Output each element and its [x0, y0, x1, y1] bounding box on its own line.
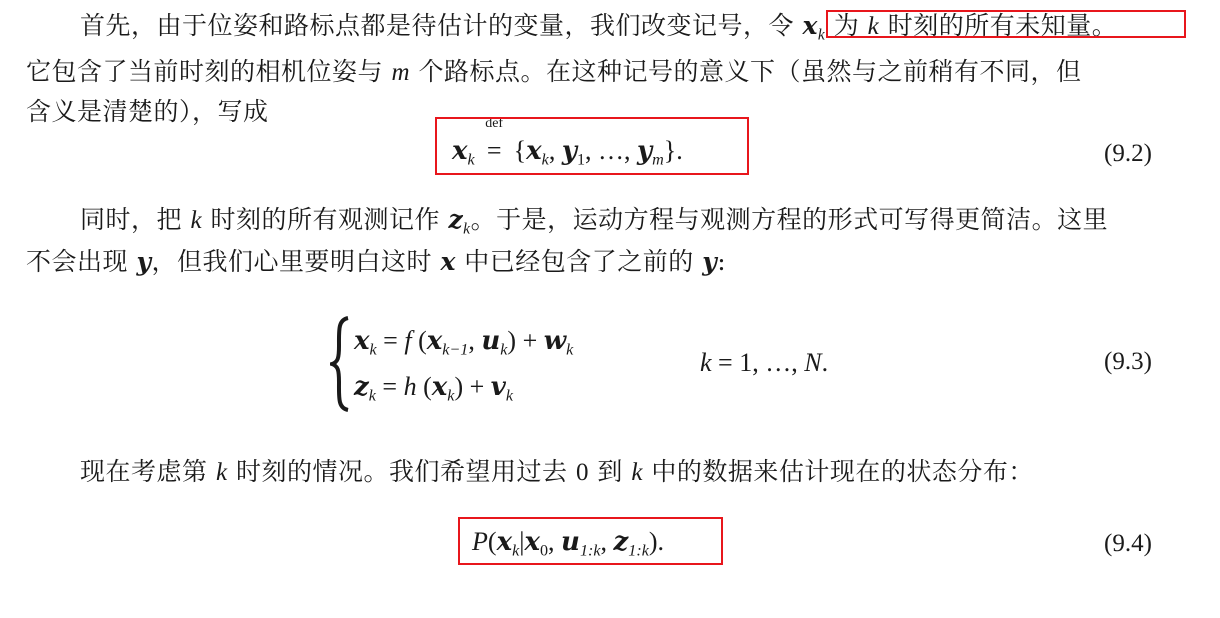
equation-number-9-3: (9.3)	[1104, 348, 1152, 376]
text-span: 时刻的情况。我们希望用过去	[228, 457, 576, 486]
text-span: :	[717, 247, 726, 276]
text-span: ，但我们心里要明白这时	[151, 247, 440, 276]
math-var: k	[190, 207, 202, 234]
math-var: x	[427, 326, 443, 356]
paragraph-1-line-2: 它包含了当前时刻的相机位姿与 m 个路标点。在这种记号的意义下（虽然与之前稍有不…	[26, 52, 1081, 88]
left-brace-icon	[330, 316, 352, 412]
math-var: u	[481, 326, 500, 356]
math-var: v	[491, 372, 506, 402]
paren-close: )	[507, 326, 516, 355]
math-var: k	[700, 348, 712, 377]
comma: ,	[468, 326, 481, 355]
paragraph-3-line-1: 现在考虑第 k 时刻的情况。我们希望用过去 0 到 k 中的数据来估计现在的状态…	[80, 452, 1034, 488]
paragraph-2-line-1: 同时，把 k 时刻的所有观测记作 zk。于是，运动方程与观测方程的形式可写得更简…	[80, 200, 1108, 236]
text-span: 首先，由于位姿和路标点都是待估计的变量，我们改变记号，令	[80, 11, 802, 40]
math-func: h	[404, 372, 417, 401]
math-var: x	[354, 326, 370, 356]
math-sub: k	[369, 388, 376, 405]
equals-sign: =	[376, 372, 404, 401]
equals-sign: =	[377, 326, 405, 355]
math-func: f	[404, 326, 411, 355]
highlight-box-unknowns	[826, 10, 1186, 38]
equation-number-9-2: (9.2)	[1104, 140, 1152, 168]
math-var: x	[432, 372, 448, 402]
plus-sign: +	[463, 372, 491, 401]
math-sub: k	[566, 342, 573, 359]
text-span: 中的数据来估计现在的状态分布：	[643, 457, 1034, 486]
equation-number-9-4: (9.4)	[1104, 530, 1152, 558]
plus-sign: +	[516, 326, 544, 355]
equation-9-3-range: k = 1, …, N.	[700, 348, 828, 378]
text-span: 中已经包含了之前的	[456, 247, 702, 276]
math-var: x	[802, 11, 817, 40]
highlight-box-equation-9-2	[435, 117, 749, 175]
math-var: y	[702, 247, 717, 276]
equation-9-3-row-1: xk = f (xk−1, uk) + wk	[354, 326, 573, 356]
text-span: 。于是，运动方程与观测方程的形式可写得更简洁。这里	[471, 205, 1109, 234]
text-span: 含义是清楚的），写成	[26, 97, 269, 126]
period: .	[822, 348, 829, 377]
text-span: 个路标点。在这种记号的意义下（虽然与之前稍有不同，但	[410, 57, 1081, 86]
math-var: k	[631, 459, 643, 486]
paragraph-2-line-2: 不会出现 y，但我们心里要明白这时 x 中已经包含了之前的 y:	[26, 242, 726, 278]
paragraph-1-line-3: 含义是清楚的），写成	[26, 92, 269, 128]
equation-9-3-row-2: zk = h (xk) + vk	[354, 372, 513, 402]
math-sub: k	[506, 388, 513, 405]
paren-close: )	[454, 372, 463, 401]
math-var: m	[391, 59, 410, 86]
math-sub: k	[370, 342, 377, 359]
text-span: 不会出现	[26, 247, 136, 276]
math-var: w	[544, 326, 566, 356]
math-var: x	[440, 247, 455, 276]
text-span: 时刻的所有观测记作	[202, 205, 448, 234]
text-span: = 1, …,	[712, 348, 805, 377]
math-var: N	[804, 348, 821, 377]
math-sub: k−1	[442, 342, 468, 359]
paren-open: (	[417, 372, 432, 401]
math-var: z	[448, 205, 463, 234]
math-number: 0	[576, 459, 589, 486]
text-span: 它包含了当前时刻的相机位姿与	[26, 57, 391, 86]
text-span: 同时，把	[80, 205, 190, 234]
math-sub: k	[463, 220, 470, 237]
math-var: y	[136, 247, 151, 276]
highlight-box-equation-9-4	[458, 517, 723, 565]
math-var: k	[216, 459, 228, 486]
math-var: z	[354, 372, 369, 402]
text-span: 现在考虑第	[80, 457, 216, 486]
paren-open: (	[412, 326, 427, 355]
text-span: 到	[589, 457, 631, 486]
